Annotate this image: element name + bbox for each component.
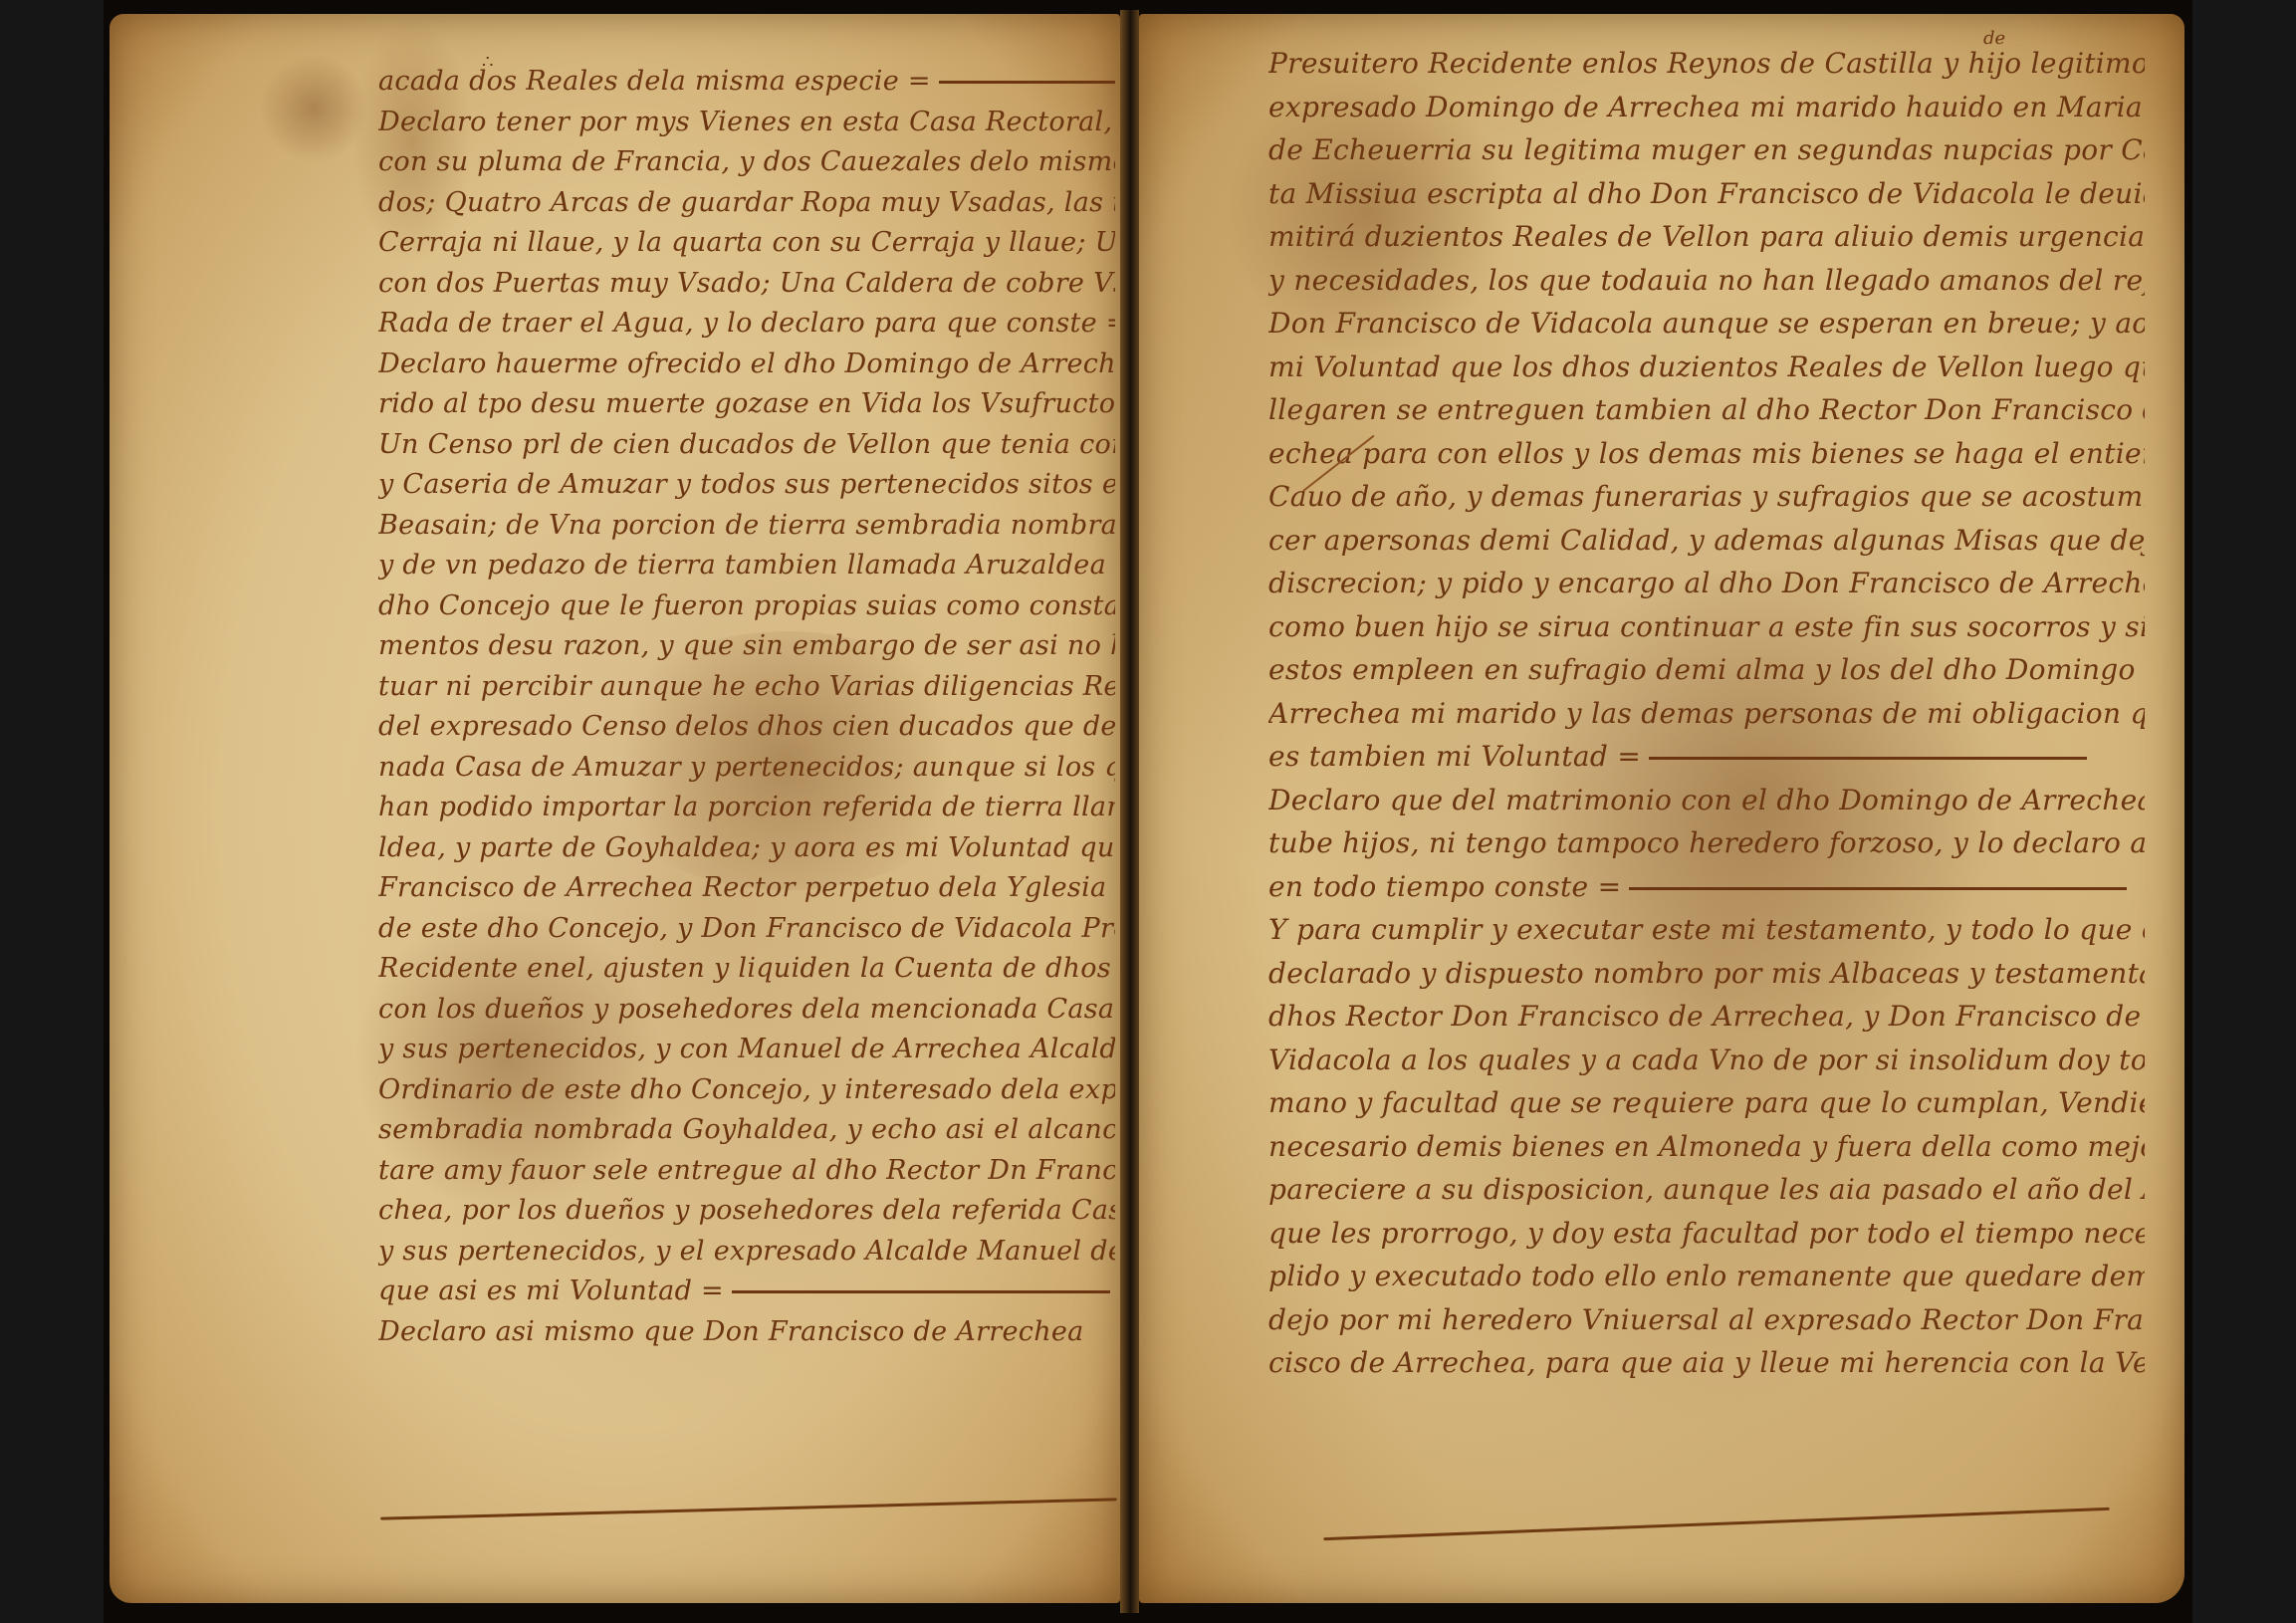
text-line: Declaro tener por mys Vienes en esta Cas… — [378, 103, 1115, 143]
text-line: mentos desu razon, y que sin embargo de … — [378, 626, 1115, 667]
text-line: discrecion; y pido y encargo al dho Don … — [1268, 562, 2145, 605]
text-line: mi Voluntad que los dhos duzientos Reale… — [1268, 346, 2145, 389]
text-line: nada Casa de Amuzar y pertenecidos; aunq… — [378, 748, 1115, 789]
text-line: que asi es mi Voluntad = — [378, 1272, 1115, 1312]
text-line: con los dueños y posehedores dela mencio… — [378, 990, 1115, 1031]
text-line: sembradia nombrada Goyhaldea, y echo asi… — [378, 1110, 1115, 1151]
text-line: y necesidades, los que todauia no han ll… — [1268, 259, 2145, 303]
closing-rule — [1323, 1507, 2110, 1540]
text-line: Cauo de año, y demas funerarias y sufrag… — [1268, 475, 2145, 519]
text-line: del expresado Censo delos dhos cien duca… — [378, 707, 1115, 748]
text-line: mano y facultad que se requiere para que… — [1268, 1081, 2145, 1125]
text-line: Francisco de Arrechea Rector perpetuo de… — [378, 868, 1115, 909]
scan-border-right — [2192, 0, 2296, 1623]
text-line: dhos Rector Don Francisco de Arrechea, y… — [1268, 995, 2145, 1039]
text-line: declarado y dispuesto nombro por mis Alb… — [1268, 952, 2145, 996]
text-line: Declaro que del matrimonio con el dho Do… — [1268, 779, 2145, 822]
text-line: en todo tiempo conste = — [1268, 865, 2145, 909]
left-page: ∴ acada dos Reales dela misma especie = … — [110, 14, 1120, 1603]
text-line: que les prorrogo, y doy esta facultad po… — [1268, 1212, 2145, 1256]
text-line: y de vn pedazo de tierra tambien llamada… — [378, 546, 1115, 586]
text-line: es tambien mi Voluntad = — [1268, 735, 2145, 779]
text-line: tuar ni percibir aunque he echo Varias d… — [378, 667, 1115, 708]
text-line: ldea, y parte de Goyhaldea; y aora es mi… — [378, 828, 1115, 869]
text-line: expresado Domingo de Arrechea mi marido … — [1268, 86, 2145, 129]
text-line: dos; Quatro Arcas de guardar Ropa muy Vs… — [378, 183, 1115, 224]
line-filler-rule — [939, 81, 1115, 84]
text-line: con su pluma de Francia, y dos Cauezales… — [378, 142, 1115, 183]
text-line: y sus pertenecidos, y con Manuel de Arre… — [378, 1030, 1115, 1070]
text-line: Y para cumplir y executar este mi testam… — [1268, 908, 2145, 952]
text-line: Arrechea mi marido y las demas personas … — [1268, 692, 2145, 736]
text-line: y Caseria de Amuzar y todos sus pertenec… — [378, 465, 1115, 506]
text-line: Vidacola a los quales y a cada Vno de po… — [1268, 1039, 2145, 1082]
text-line: Declaro hauerme ofrecido el dho Domingo … — [378, 345, 1115, 385]
text-line: Un Censo prl de cien ducados de Vellon q… — [378, 425, 1115, 466]
text-line: cer apersonas demi Calidad, y ademas alg… — [1268, 519, 2145, 563]
text-line: como buen hijo se sirua continuar a este… — [1268, 605, 2145, 649]
text-line: dho Concejo que le fueron propias suias … — [378, 586, 1115, 627]
text-line: Declaro asi mismo que Don Francisco de A… — [378, 1312, 1115, 1353]
text-line: han podido importar la porcion referida … — [378, 788, 1115, 828]
text-line: Presuitero Recidente enlos Reynos de Cas… — [1268, 42, 2145, 86]
text-line: con dos Puertas muy Vsado; Una Caldera d… — [378, 264, 1115, 305]
text-line: estos empleen en sufragio demi alma y lo… — [1268, 648, 2145, 692]
text-line: de este dho Concejo, y Don Francisco de … — [378, 909, 1115, 950]
right-page-text: Presuitero Recidente enlos Reynos de Cas… — [1268, 42, 2145, 1385]
text-line: mitirá duzientos Reales de Vellon para a… — [1268, 215, 2145, 259]
text-line: dejo por mi heredero Vniuersal al expres… — [1268, 1298, 2145, 1342]
line-filler-rule — [732, 1290, 1110, 1293]
line-filler-rule — [1629, 887, 2127, 890]
closing-rule — [380, 1498, 1117, 1519]
book-gutter — [1120, 10, 1139, 1613]
text-line: Cerraja ni llaue, y la quarta con su Cer… — [378, 223, 1115, 264]
text-line: Beasain; de Vna porcion de tierra sembra… — [378, 506, 1115, 547]
text-line: tare amy fauor sele entregue al dho Rect… — [378, 1151, 1115, 1192]
text-line: y sus pertenecidos, y el expresado Alcal… — [378, 1232, 1115, 1273]
text-line: Rada de traer el Agua, y lo declaro para… — [378, 304, 1115, 345]
text-line: Ordinario de este dho Concejo, y interes… — [378, 1070, 1115, 1111]
text-line: de Echeuerria su legitima muger en segun… — [1268, 128, 2145, 172]
text-line: plido y executado todo ello enlo remanen… — [1268, 1255, 2145, 1298]
text-line: echea para con ellos y los demas mis bie… — [1268, 432, 2145, 476]
scan-border-left — [0, 0, 104, 1623]
text-line: Recidente enel, ajusten y liquiden la Cu… — [378, 949, 1115, 990]
left-page-text: acada dos Reales dela misma especie = De… — [378, 62, 1115, 1352]
text-line: pareciere a su disposicion, aunque les a… — [1268, 1168, 2145, 1212]
text-line: rido al tpo desu muerte gozase en Vida l… — [378, 384, 1115, 425]
text-line: ta Missiua escripta al dho Don Francisco… — [1268, 172, 2145, 216]
text-line: necesario demis bienes en Almoneda y fue… — [1268, 1125, 2145, 1169]
text-line: chea, por los dueños y posehedores dela … — [378, 1191, 1115, 1232]
text-line: acada dos Reales dela misma especie = — [378, 62, 1115, 103]
line-filler-rule — [1649, 757, 2087, 760]
right-page: de Presuitero Recidente enlos Reynos de … — [1139, 14, 2184, 1603]
text-line: tube hijos, ni tengo tampoco heredero fo… — [1268, 821, 2145, 865]
ink-stain — [259, 54, 368, 163]
text-line: cisco de Arrechea, para que aia y lleue … — [1268, 1341, 2145, 1385]
text-line: llegaren se entreguen tambien al dho Rec… — [1268, 388, 2145, 432]
manuscript-spread: ∴ acada dos Reales dela misma especie = … — [104, 0, 2192, 1623]
text-line: Don Francisco de Vidacola aunque se espe… — [1268, 302, 2145, 346]
